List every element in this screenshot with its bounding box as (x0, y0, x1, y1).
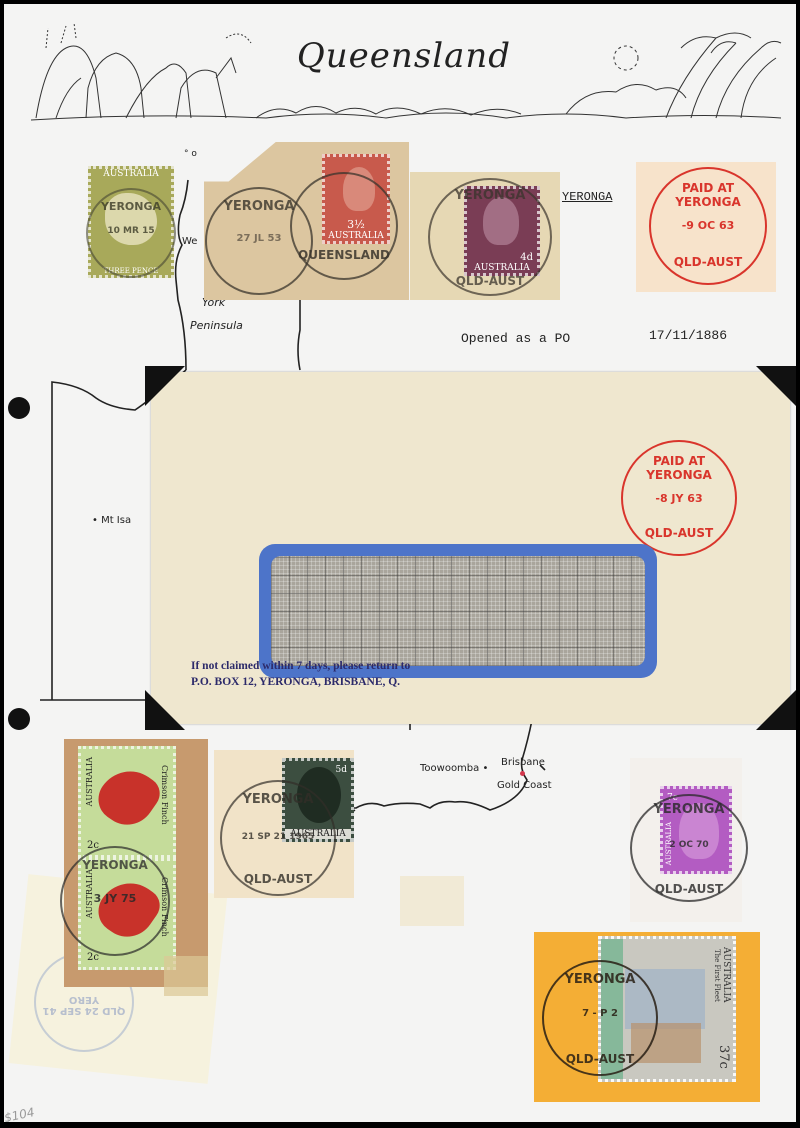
postmark-top: YERONGA (222, 792, 334, 807)
map-label-toowoomba: Toowoomba • (420, 763, 488, 774)
photo-corner-icon (756, 690, 796, 730)
brisbane-marker-icon (520, 771, 525, 776)
postmark-qe2-green: YERONGA 21 SP 21 1965 QLD-AUST (220, 780, 336, 896)
office-name-label: YERONGA (562, 190, 612, 204)
postmark-bottom: QLD-AUST (623, 526, 735, 540)
postmark-top: YERONGA (544, 972, 656, 987)
postmark-bottom: QLD-AUST (222, 872, 334, 886)
binder-hole-icon (8, 397, 30, 419)
return-address: If not claimed within 7 days, please ret… (191, 658, 410, 690)
postmark-bottom: QLD-AUST (632, 882, 746, 896)
postmark-crimson-finch: YERONGA 3 JY 75 (60, 846, 170, 956)
stamp-value: 5d (336, 765, 348, 775)
postmark-bottom: QLD-AUST (430, 274, 550, 288)
faint-postmark-text: QLD 24 SEP 41 YERO (36, 994, 132, 1016)
photo-corner-icon (145, 690, 185, 730)
postmark-top: YERONGA (430, 188, 550, 203)
postmark-top: YERONGA (88, 200, 174, 213)
postmark-qe2-purple: YERONGA QLD-AUST (428, 178, 552, 296)
stamp-crimson-finch-top[interactable]: AUSTRALIA Crimson Finch 2c (78, 746, 176, 858)
postmark-date: 3 JY 75 (62, 892, 168, 905)
photo-corner-icon (756, 366, 796, 406)
photo-corner-icon (145, 366, 185, 406)
postmark-top: PAID AT YERONGA (623, 454, 735, 482)
security-pattern (271, 556, 645, 666)
opened-date: 17/11/1886 (649, 328, 727, 343)
map-label-peninsula: Peninsula (190, 319, 243, 332)
return-address-line-2: P.O. BOX 12, YERONGA, BRISBANE, Q. (191, 674, 410, 690)
finch-bird-icon (90, 759, 166, 836)
postmark-paid-at-yeronga-envelope: PAID AT YERONGA -8 JY 63 QLD-AUST (621, 440, 737, 556)
postmark-date: 2 OC 70 (632, 840, 746, 850)
map-label-weipa: We (182, 236, 197, 247)
postmark-date: -8 JY 63 (623, 492, 735, 505)
postmark-qe2-7c: YERONGA 2 OC 70 QLD-AUST (630, 794, 748, 902)
postmark-bottom: QLD-AUST (651, 255, 765, 269)
paper-patch (400, 876, 464, 926)
postmark-date: 7 - P 2 (544, 1008, 656, 1019)
postmark-bottom: QLD-AUST (544, 1052, 656, 1066)
postmark-date: 10 MR 15 (88, 226, 174, 236)
postmark-date: 21 SP 21 1965 (222, 832, 334, 842)
postmark-top: YERONGA (632, 802, 746, 817)
stamp-country: AUSTRALIA (721, 947, 731, 1003)
postmark-top: PAID AT YERONGA (651, 181, 765, 209)
hinge-tape (164, 956, 208, 996)
postmark-kangaroo: YERONGA 10 MR 15 (86, 188, 176, 278)
map-label-mt-isa: • Mt Isa (92, 515, 131, 526)
album-page: Queensland ° o We York Peninsula • Mt Is… (4, 4, 796, 1122)
stamp-country: AUSTRALIA (85, 757, 94, 806)
postmark-paid-at-yeronga-piece: PAID AT YERONGA -9 OC 63 QLD-AUST (649, 167, 767, 285)
stamp-value: 2c (87, 952, 99, 963)
stamp-caption: Crimson Finch (160, 765, 169, 825)
stamp-country: AUSTRALIA (103, 169, 159, 179)
svg-text:° o: ° o (184, 149, 197, 159)
window-envelope[interactable]: PAID AT YERONGA -8 JY 63 QLD-AUST If not… (151, 372, 790, 724)
postmark-date: -9 OC 63 (651, 219, 765, 232)
stamp-caption: The First Fleet (713, 949, 721, 1002)
postmark-qe2-red-2: QUEENSLAND (290, 172, 398, 280)
binder-hole-icon (8, 708, 30, 730)
postmark-top: YERONGA (62, 858, 168, 872)
opened-label: Opened as a PO (461, 331, 570, 346)
postmark-bottom: QUEENSLAND (292, 248, 396, 262)
stamp-value: 37c (716, 1045, 731, 1069)
map-label-brisbane: Brisbane (501, 757, 545, 768)
postmark-first-fleet: YERONGA 7 - P 2 QLD-AUST (542, 960, 658, 1076)
map-label-gold-coast: Gold Coast (497, 780, 552, 791)
return-address-line-1: If not claimed within 7 days, please ret… (191, 658, 410, 674)
